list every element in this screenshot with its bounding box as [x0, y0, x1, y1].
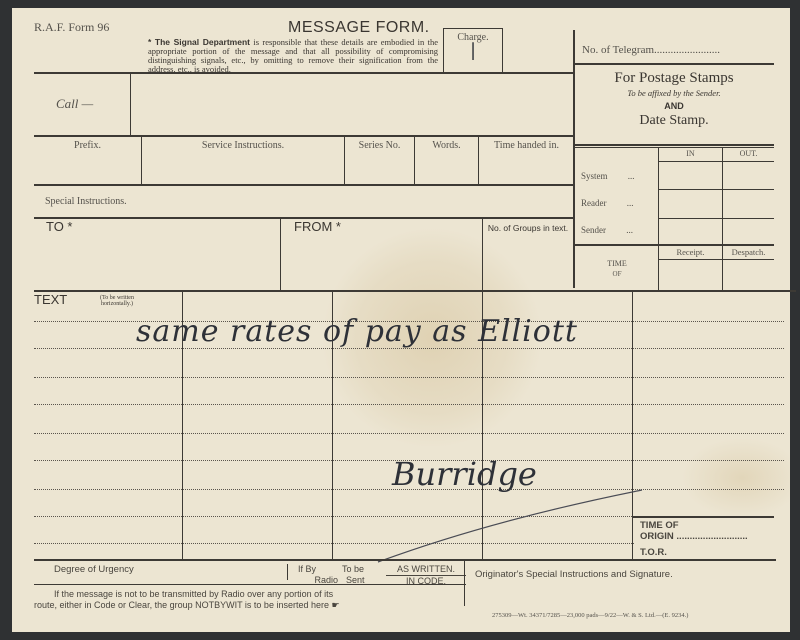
to-be-label: To be [342, 564, 365, 575]
divider [280, 218, 281, 290]
as-written-option[interactable]: AS WRITTEN. [386, 564, 466, 576]
tor-label: T.O.R. [640, 547, 748, 558]
service-instructions-label: Service Instructions. [142, 140, 344, 151]
sender-row: Sender ... [581, 225, 633, 235]
stamp-subtitle: To be affixed by the Sender. [574, 88, 774, 98]
divider [659, 218, 774, 219]
stamp-and: AND [574, 101, 774, 111]
if-by-label: If By [294, 564, 338, 575]
notbywit-instructions: If the message is not to be transmitted … [34, 589, 464, 611]
system-row: System ... [581, 171, 635, 181]
charge-value: | [444, 43, 502, 59]
col-receipt: Receipt. [659, 247, 722, 257]
divider [633, 516, 774, 518]
divider [287, 564, 288, 580]
divider [658, 148, 659, 290]
divider [130, 73, 131, 135]
system-dots: ... [628, 171, 635, 181]
reader-dots: ... [627, 198, 634, 208]
series-no-label: Series No. [345, 140, 414, 151]
reader-label: Reader [581, 198, 606, 208]
call-label: Call — [56, 96, 93, 112]
divider [659, 161, 774, 162]
system-label: System [581, 171, 608, 181]
time-of-line2: OF [592, 269, 642, 279]
to-field[interactable] [36, 236, 278, 288]
divider [482, 218, 483, 290]
divider [34, 184, 574, 186]
words-label: Words. [415, 140, 478, 151]
time-of-label: TIME OF [592, 259, 642, 279]
time-of-origin-label2: ORIGIN ........................... [640, 531, 748, 542]
divider [659, 189, 774, 190]
notbywit-line1: If the message is not to be transmitted … [34, 589, 464, 600]
special-instructions-label: Special Instructions. [45, 196, 127, 207]
sender-label: Sender [581, 225, 606, 235]
time-of-line1: TIME [592, 259, 642, 269]
message-form: R.A.F. Form 96 MESSAGE FORM. * The Signa… [12, 8, 790, 632]
time-of-origin-label1: TIME OF [640, 520, 748, 531]
to-label: TO * [46, 219, 73, 234]
divider [573, 30, 575, 288]
divider [34, 135, 574, 137]
groups-label: No. of Groups in text. [484, 223, 572, 233]
time-of-origin-field[interactable]: TIME OF ORIGIN .........................… [640, 520, 748, 558]
sender-dots: ... [626, 225, 633, 235]
stamp-title2: Date Stamp. [574, 113, 774, 129]
signature-stroke [372, 486, 652, 566]
in-code-option[interactable]: IN CODE. [386, 576, 466, 587]
divider [574, 144, 774, 146]
reader-row: Reader ... [581, 198, 633, 208]
divider [34, 584, 466, 585]
form-id: R.A.F. Form 96 [34, 20, 109, 35]
prefix-label: Prefix. [34, 140, 141, 151]
stamp-title: For Postage Stamps [574, 70, 774, 87]
form-title: MESSAGE FORM. [288, 19, 430, 37]
divider [659, 259, 774, 260]
if-by-radio-label: If By Radio [294, 564, 338, 586]
divider [464, 560, 465, 606]
handwritten-message: same rates of pay as Elliott [136, 314, 578, 349]
telegram-number-field[interactable]: No. of Telegram........................ [582, 44, 720, 56]
divider [722, 148, 723, 290]
originator-label: Originator's Special Instructions and Si… [475, 569, 673, 580]
urgency-field[interactable] [34, 562, 294, 582]
divider [34, 290, 796, 292]
printer-imprint: 275309—Wt. 34371/7285—23,000 pads—9/22—W… [492, 612, 688, 619]
signal-department-notice: * The Signal Department is responsible t… [148, 38, 438, 74]
col-in: IN [659, 149, 722, 158]
notbywit-line2: route, either in Code or Clear, the grou… [34, 600, 464, 611]
time-handed-in-label: Time handed in. [479, 140, 574, 151]
divider [574, 244, 774, 246]
to-be-sent-label: To be Sent [342, 564, 365, 586]
divider [34, 559, 776, 561]
col-out: OUT. [723, 149, 774, 158]
postage-stamp-box: For Postage Stamps To be affixed by the … [574, 70, 774, 129]
divider [574, 63, 774, 65]
originator-signature-field[interactable] [468, 583, 774, 613]
charge-box[interactable]: Charge. | [443, 28, 503, 74]
col-despatch: Despatch. [723, 247, 774, 257]
from-field[interactable] [282, 236, 480, 288]
from-label: FROM * [294, 219, 341, 234]
call-field[interactable] [132, 74, 572, 134]
divider [574, 147, 774, 148]
